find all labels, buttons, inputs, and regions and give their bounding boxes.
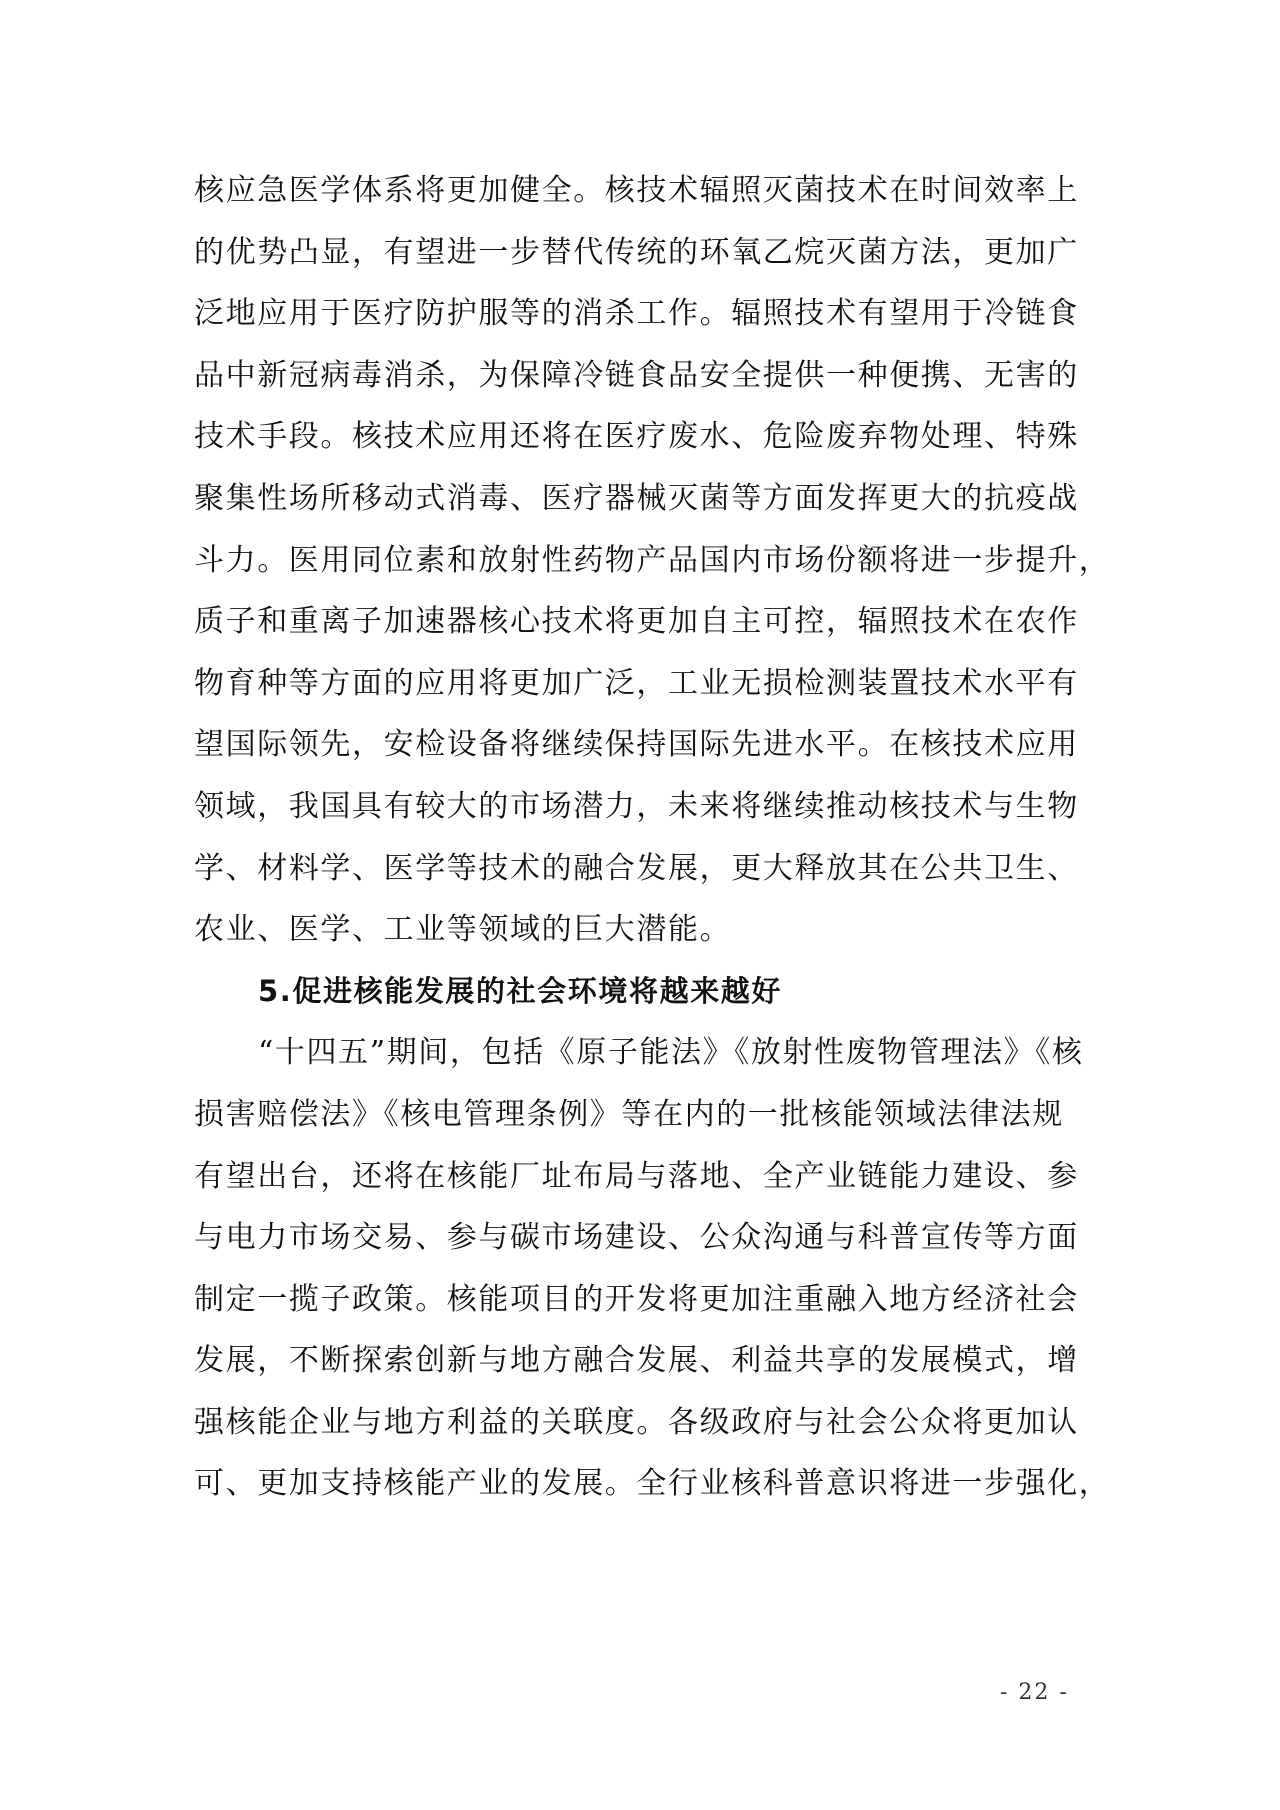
paragraph-line: 品中新冠病毒消杀，为保障冷链食品安全提供一种便携、无害的 [194,345,1090,407]
paragraph-line: 核应急医学体系将更加健全。核技术辐照灭菌技术在时间效率上 [194,160,1090,222]
paragraph-line: 技术手段。核技术应用还将在医疗废水、危险废弃物处理、特殊 [194,406,1090,468]
section-heading: 5.促进核能发展的社会环境将越来越好 [194,961,1090,1023]
paragraph-line: 制定一揽子政策。核能项目的开发将更加注重融入地方经济社会 [194,1269,1090,1331]
document-page: 核应急医学体系将更加健全。核技术辐照灭菌技术在时间效率上 的优势凸显，有望进一步… [0,0,1280,1810]
paragraph-line: “十四五”期间，包括《原子能法》《放射性废物管理法》《核 [194,1022,1090,1084]
paragraph-line: 强核能企业与地方利益的关联度。各级政府与社会公众将更加认 [194,1392,1090,1454]
paragraph-line: 聚集性场所移动式消毒、医疗器械灭菌等方面发挥更大的抗疫战 [194,468,1090,530]
paragraph-line: 损害赔偿法》《核电管理条例》等在内的一批核能领域法律法规 [194,1084,1090,1146]
paragraph-line: 的优势凸显，有望进一步替代传统的环氧乙烷灭菌方法，更加广 [194,222,1090,284]
paragraph-line: 物育种等方面的应用将更加广泛，工业无损检测装置技术水平有 [194,653,1090,715]
paragraph-line: 望国际领先，安检设备将继续保持国际先进水平。在核技术应用 [194,714,1090,776]
paragraph-line: 泛地应用于医疗防护服等的消杀工作。辐照技术有望用于冷链食 [194,283,1090,345]
body-text: 核应急医学体系将更加健全。核技术辐照灭菌技术在时间效率上 的优势凸显，有望进一步… [194,160,1090,1515]
paragraph-line: 农业、医学、工业等领域的巨大潜能。 [194,899,1090,961]
paragraph-line: 可、更加支持核能产业的发展。全行业核科普意识将进一步强化， [194,1453,1090,1515]
paragraph-line: 发展，不断探索创新与地方融合发展、利益共享的发展模式，增 [194,1330,1090,1392]
paragraph-line: 学、材料学、医学等技术的融合发展，更大释放其在公共卫生、 [194,838,1090,900]
paragraph-line: 斗力。医用同位素和放射性药物产品国内市场份额将进一步提升， [194,530,1090,592]
paragraph-line: 与电力市场交易、参与碳市场建设、公众沟通与科普宣传等方面 [194,1207,1090,1269]
page-number: - 22 - [1000,1680,1069,1705]
paragraph-line: 领域，我国具有较大的市场潜力，未来将继续推动核技术与生物 [194,776,1090,838]
paragraph-line: 有望出台，还将在核能厂址布局与落地、全产业链能力建设、参 [194,1146,1090,1208]
paragraph-line: 质子和重离子加速器核心技术将更加自主可控，辐照技术在农作 [194,591,1090,653]
